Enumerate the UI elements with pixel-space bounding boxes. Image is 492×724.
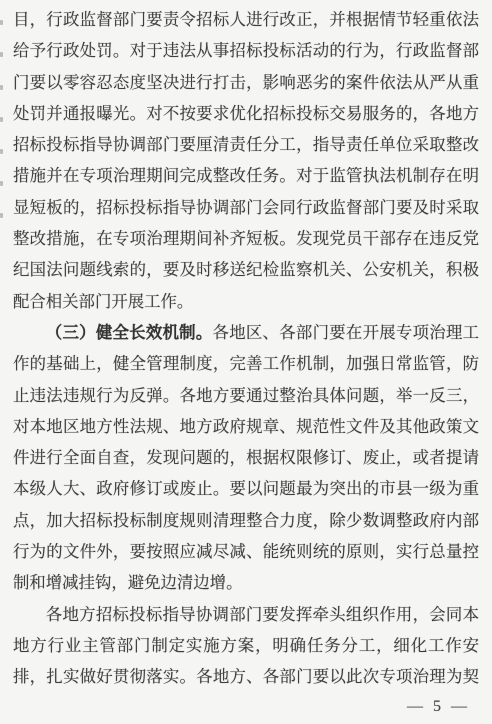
text-line: 处罚并通报曝光。对不按要求优化招标投标交易服务的，各地方 — [13, 98, 479, 129]
page-number: — 5 — — [407, 698, 470, 716]
paragraph: 各地方招标投标指导协调部门要发挥牵头组织作用，会同本 地方行业主管部门制定实施方… — [13, 599, 479, 693]
text-line: 止违法违规行为反弹。各地方要通过整治具体问题，举一反三， — [13, 380, 479, 411]
text-line: 作的基础上，健全管理制度，完善工作机制，加强日常监管，防 — [13, 348, 479, 379]
text-line: 给予行政处罚。对于违法从事招标投标活动的行为，行政监督部 — [13, 35, 479, 66]
text-line: 排，扎实做好贯彻落实。各地方、各部门要以此次专项治理为契 — [13, 661, 479, 692]
text-line: 件进行全面自查，发现问题的，根据权限修订、废止，或者提请 — [13, 442, 479, 473]
text-line: 对本地区地方性法规、地方政府规章、规范性文件及其他政策文 — [13, 411, 479, 442]
text-line: 各地方招标投标指导协调部门要发挥牵头组织作用，会同本 — [13, 599, 479, 630]
scan-noise-speck — [0, 149, 3, 154]
scan-noise-speck — [0, 181, 3, 186]
text-line: 显短板的，招标投标指导协调部门会同行政监督部门要及时采取 — [13, 192, 479, 223]
text-line: 点，加大招标投标制度规则清理整合力度，除少数调整政府内部 — [13, 505, 479, 536]
text-line: 招标投标指导协调部门要厘清责任分工，指导责任单位采取整改 — [13, 129, 479, 160]
paragraph: （三）健全长效机制。各地区、各部门要在开展专项治理工 作的基础上，健全管理制度，… — [13, 317, 479, 599]
paragraph: 目，行政监督部门要责令招标人进行改正，并根据情节轻重依法 给予行政处罚。对于违法… — [13, 4, 479, 317]
scan-noise-speck — [0, 52, 3, 57]
text-line: 措施并在专项治理期间完成整改任务。对于监管执法机制存在明 — [13, 160, 479, 191]
scan-noise-speck — [0, 213, 3, 218]
scan-noise-speck — [0, 20, 3, 25]
text-line: （三）健全长效机制。各地区、各部门要在开展专项治理工 — [13, 317, 479, 348]
section-heading: （三）健全长效机制。 — [46, 324, 213, 342]
text-line: 目，行政监督部门要责令招标人进行改正，并根据情节轻重依法 — [13, 4, 479, 35]
text-line: 地方行业主管部门制定实施方案，明确任务分工，细化工作安 — [13, 630, 479, 661]
text-line: 制和增减挂钩，避免边清边增。 — [13, 567, 479, 598]
text-line: 整改措施，在专项治理期间补齐短板。发现党员干部存在违反党 — [13, 223, 479, 254]
document-text: 目，行政监督部门要责令招标人进行改正，并根据情节轻重依法 给予行政处罚。对于违法… — [13, 4, 479, 693]
text-line: 配合相关部门开展工作。 — [13, 286, 479, 317]
scanned-document-page: 目，行政监督部门要责令招标人进行改正，并根据情节轻重依法 给予行政处罚。对于违法… — [0, 0, 492, 724]
text-line: 门要以零容忍态度坚决进行打击，影响恶劣的案件依法从严从重 — [13, 67, 479, 98]
text-line: 纪国法问题线索的，要及时移送纪检监察机关、公安机关，积极 — [13, 254, 479, 285]
scan-noise-speck — [0, 117, 3, 122]
text-run: 各地区、各部门要在开展专项治理工 — [213, 323, 479, 342]
text-line: 本级人大、政府修订或废止。要以问题最为突出的市县一级为重 — [13, 473, 479, 504]
text-line: 行为的文件外，要按照应减尽减、能统则统的原则，实行总量控 — [13, 536, 479, 567]
scan-noise-speck — [0, 85, 3, 90]
